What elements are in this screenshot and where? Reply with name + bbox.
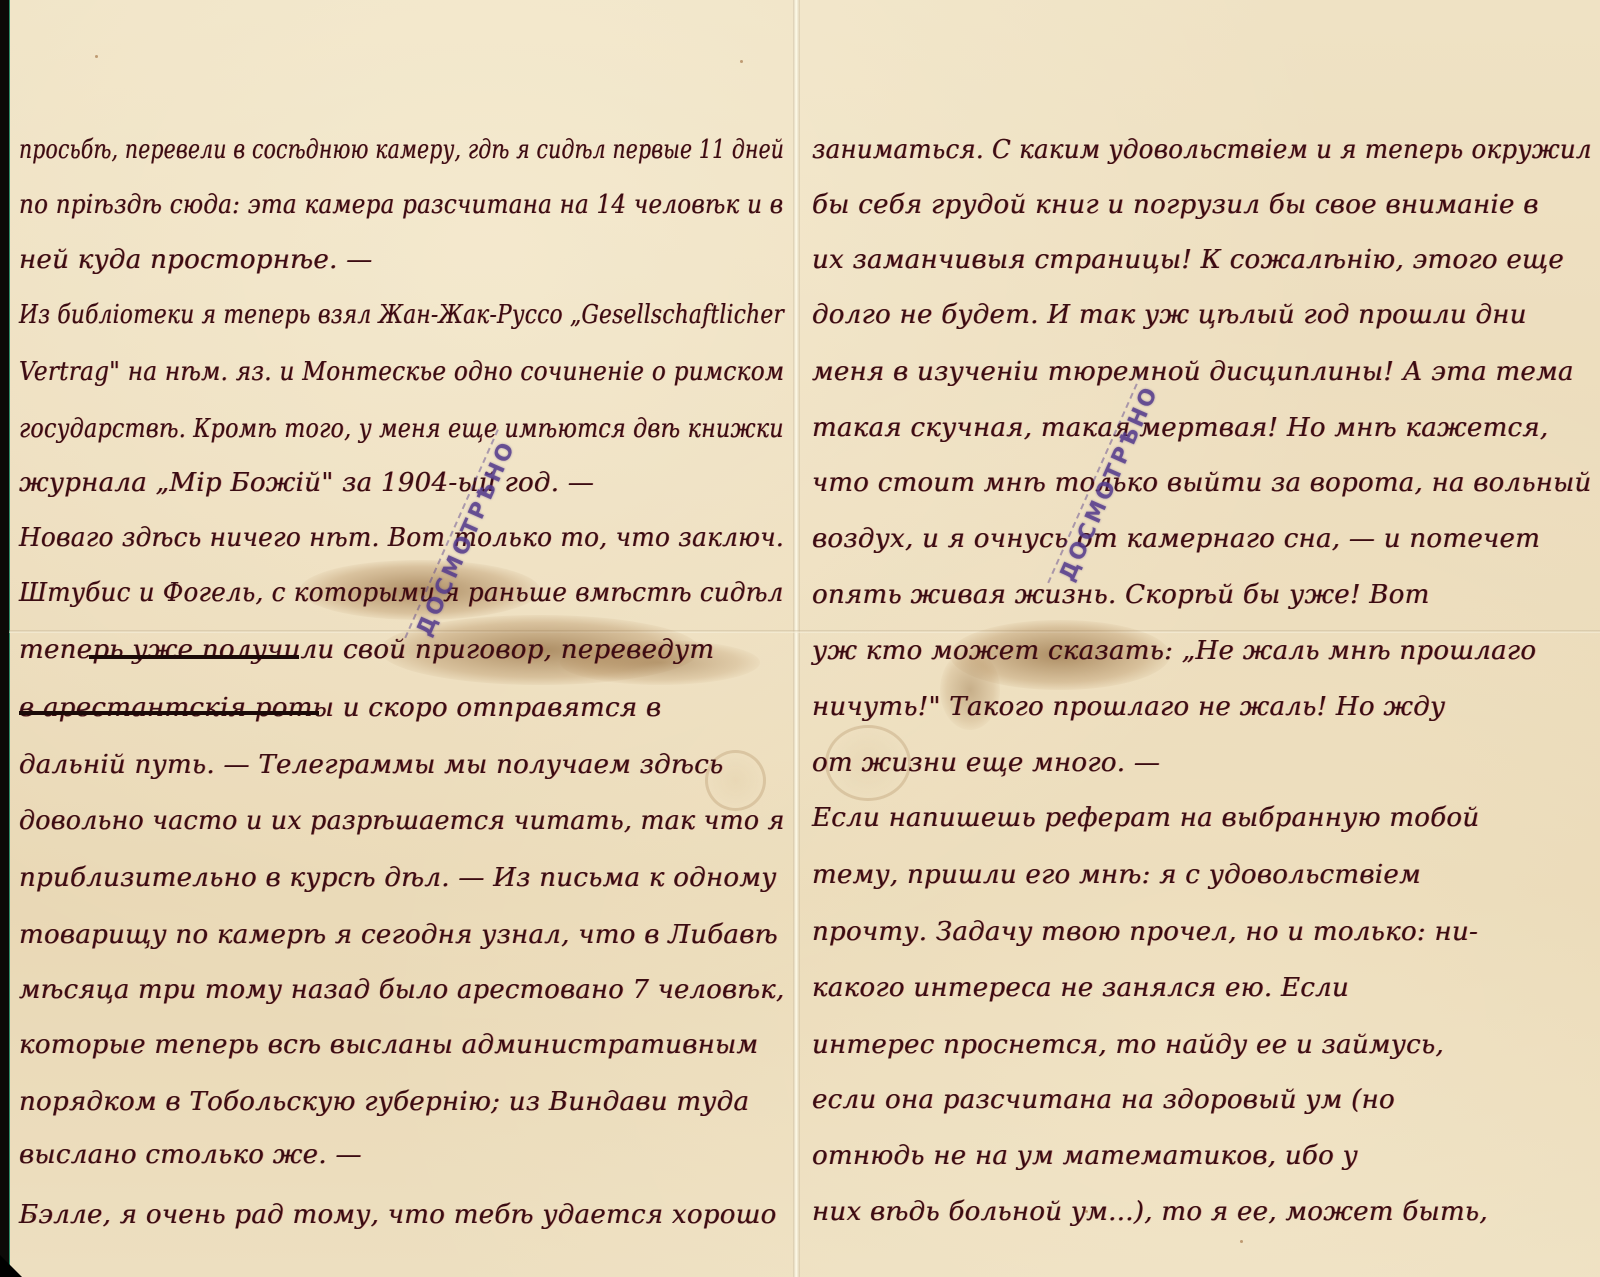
text-line: от жизни еще много. — xyxy=(812,748,1160,778)
text-line: государствѣ. Кромѣ того, у меня еще имѣю… xyxy=(19,414,784,444)
text-line: тему, пришли его мнѣ: я с удовольствіем xyxy=(812,860,1421,890)
text-line: если она разсчитана на здоровый ум (но xyxy=(812,1085,1395,1115)
text-line: Штубис и Фогель, с которыми я раньше вмѣ… xyxy=(19,578,784,608)
text-line: Из библіотеки я теперь взял Жан-Жак-Русс… xyxy=(19,300,784,330)
text-line: меня в изученіи тюремной дисциплины! А э… xyxy=(812,357,1574,387)
text-line: прочту. Задачу твою прочел, но и только:… xyxy=(812,917,1478,947)
text-line: что стоит мнѣ только выйти за ворота, на… xyxy=(812,468,1592,498)
text-line: Vertrag" на нѣм. яз. и Монтескье одно со… xyxy=(19,357,784,387)
strikethrough xyxy=(89,655,299,659)
text-line: воздух, и я очнусь от камернаго сна, — и… xyxy=(812,524,1540,554)
text-line: мѣсяца три тому назад было арестовано 7 … xyxy=(19,975,784,1005)
right-page: заниматься. С каким удовольствіем и я те… xyxy=(800,0,1600,1277)
strikethrough xyxy=(19,711,319,715)
text-line: Если напишешь реферат на выбранную тобой xyxy=(812,803,1479,833)
text-line-struck: теперь уже получили свой приговор, перев… xyxy=(19,635,714,665)
text-line: выслано столько же. — xyxy=(19,1140,362,1170)
text-line: довольно часто и их разрѣшается читать, … xyxy=(19,806,785,836)
text-line: бы себя грудой книг и погрузил бы свое в… xyxy=(812,190,1539,220)
text-line: опять живая жизнь. Скорѣй бы уже! Вот xyxy=(812,580,1430,610)
left-page: просьбѣ, перевели в сосѣднюю камеру, гдѣ… xyxy=(9,0,794,1277)
text-line: которые теперь всѣ высланы административ… xyxy=(19,1030,758,1060)
text-line: Новаго здѣсь ничего нѣт. Вот только то, … xyxy=(19,523,784,553)
text-line: ней куда просторнѣе. — xyxy=(19,245,373,275)
text-line: них вѣдь больной ум...), то я ее, может … xyxy=(812,1197,1488,1227)
center-fold xyxy=(793,0,800,1277)
text-line: по пріѣздѣ сюда: эта камера разсчитана н… xyxy=(19,190,783,220)
text-line: такая скучная, такая мертвая! Но мнѣ каж… xyxy=(812,413,1549,443)
text-line: ничуть!" Такого прошлаго не жаль! Но жду xyxy=(812,692,1445,722)
text-line: дальній путь. — Телеграммы мы получаем з… xyxy=(19,750,724,780)
text-line-struck: в арестантскія роты и скоро отправятся в xyxy=(19,693,661,723)
text-line: заниматься. С каким удовольствіем и я те… xyxy=(812,135,1592,165)
text-line: порядком в Тобольскую губернію; из Винда… xyxy=(19,1087,749,1117)
text-line: Бэлле, я очень рад тому, что тебѣ удаетс… xyxy=(19,1200,777,1230)
text-line: уж кто может сказать: „Не жаль мнѣ прошл… xyxy=(812,636,1536,666)
text-line: товарищу по камерѣ я сегодня узнал, что … xyxy=(19,920,778,950)
text-line: какого интереса не занялся ею. Если xyxy=(812,973,1349,1003)
text-line: приблизительно в курсѣ дѣл. — Из письма … xyxy=(19,863,777,893)
text-line: их заманчивыя страницы! К сожалѣнію, это… xyxy=(812,245,1564,275)
text-line: отнюдь не на ум математиков, ибо у xyxy=(812,1141,1358,1171)
text-line: долго не будет. И так уж цѣлый год прошл… xyxy=(812,300,1527,330)
text-line: интерес проснется, то найду ее и займусь… xyxy=(812,1030,1444,1060)
text-line: просьбѣ, перевели в сосѣднюю камеру, гдѣ… xyxy=(19,135,784,165)
